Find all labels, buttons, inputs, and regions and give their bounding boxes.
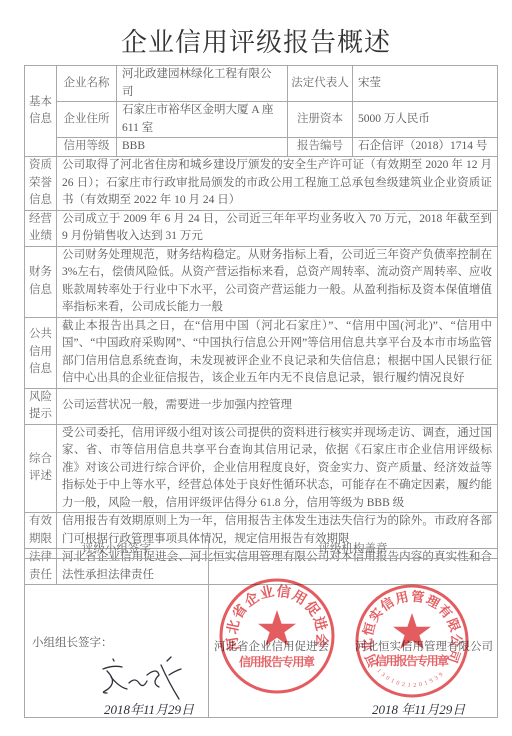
registered-capital-label: 注册资本 <box>288 102 353 138</box>
legal-rep-value: 宋莹 <box>353 66 498 102</box>
qualification-label: 资质荣誉信息 <box>25 157 57 211</box>
public-credit-text: 截止本报告出具之日，在“信用中国（河北石家庄）”、“信用中国(河北)”、“信用中… <box>57 317 498 388</box>
overall-review-text: 受公司委托，信用评级小组对该公司提供的资料进行核实并现场走访、调查，通过国家、省… <box>57 424 498 513</box>
report-no-label: 报告编号 <box>288 138 353 157</box>
seal2-bottom-text: 信用报告专用章 <box>375 653 449 668</box>
seal1-bottom-text: 信用报告专用章 <box>239 654 315 669</box>
address-value: 石家庄市裕华区金明大厦 A 座 611 室 <box>117 102 288 138</box>
address-label: 企业住所 <box>57 102 117 138</box>
agency-seal-date: 2018 年11月29日 <box>372 702 465 718</box>
team-sign-date: 2018年11月29日 <box>104 702 194 718</box>
company-name-label: 企业名称 <box>57 66 117 102</box>
seal-credit-promotion-association: 河北省企业信用促进会 信用报告专用章 <box>217 576 337 696</box>
risk-warning-label: 风险提示 <box>25 388 57 424</box>
team-leader-sign-label: 小组组长签字： <box>32 636 113 650</box>
row-financial-info: 财务信息 公司财务处理规范，财务结构稳定。从财务指标上看，公司近三年资产负债率控… <box>25 246 498 317</box>
credit-grade-label: 信用等级 <box>57 138 117 157</box>
seal-hengshi-credit-management: 河北恒实信用管理有限公司 信用报告专用章 1301021201939 <box>352 581 472 701</box>
credit-grade-value: BBB <box>117 138 288 157</box>
row-company-name: 基本信息 企业名称 河北政建园林绿化工程有限公司 法定代表人 宋莹 <box>25 66 498 102</box>
row-credit-grade: 信用等级 BBB 报告编号 石企信评（2018）1714 号 <box>25 138 498 157</box>
rating-team-signature-header: 评级小组签字 <box>25 541 208 558</box>
qualification-text: 公司取得了河北省住房和城乡建设厅颁发的安全生产许可证（有效期至 2020 年 1… <box>57 157 498 211</box>
registered-capital-value: 5000 万人民币 <box>353 102 498 138</box>
basic-info-label: 基本信息 <box>25 66 57 157</box>
business-performance-text: 公司成立于 2009 年 6 月 24 日，公司近三年年平均业务收入 70 万元… <box>57 210 498 246</box>
overall-review-label: 综合评述 <box>25 424 57 513</box>
page-title: 企业信用评级报告概述 <box>0 27 512 59</box>
report-no-value: 石企信评（2018）1714 号 <box>353 138 498 157</box>
legal-rep-label: 法定代表人 <box>288 66 353 102</box>
row-address: 企业住所 石家庄市裕华区金明大厦 A 座 611 室 注册资本 5000 万人民… <box>25 102 498 138</box>
row-qualification: 资质荣誉信息 公司取得了河北省住房和城乡建设厅颁发的安全生产许可证（有效期至 2… <box>25 157 498 211</box>
business-performance-label: 经营业绩 <box>25 210 57 246</box>
row-business-performance: 经营业绩 公司成立于 2009 年 6 月 24 日，公司近三年年平均业务收入 … <box>25 210 498 246</box>
handwritten-signature <box>95 655 190 705</box>
seal2-code: 1301021201939 <box>375 668 444 689</box>
row-overall-review: 综合评述 受公司委托，信用评级小组对该公司提供的资料进行核实并现场走访、调查，通… <box>25 424 498 513</box>
financial-info-label: 财务信息 <box>25 246 57 317</box>
star-icon <box>393 613 431 649</box>
signature-divider <box>208 541 209 717</box>
row-risk-warning: 风险提示 公司运营状况一般，需要进一步加强内控管理 <box>25 388 498 424</box>
rating-agency-seal-header: 评级机构盖章 <box>209 541 497 558</box>
company-name-value: 河北政建园林绿化工程有限公司 <box>117 66 288 102</box>
financial-info-text: 公司财务处理规范，财务结构稳定。从财务指标上看，公司近三年资产负债率控制在 3%… <box>57 246 498 317</box>
report-page: 企业信用评级报告概述 基本信息 企业名称 河北政建园林绿化工程有限公司 法定代表… <box>0 0 512 736</box>
star-icon <box>258 610 296 646</box>
row-public-credit: 公共信用信息 截止本报告出具之日，在“信用中国（河北石家庄）”、“信用中国(河北… <box>25 317 498 388</box>
public-credit-label: 公共信用信息 <box>25 317 57 388</box>
risk-warning-text: 公司运营状况一般，需要进一步加强内控管理 <box>57 388 498 424</box>
report-summary-table: 基本信息 企业名称 河北政建园林绿化工程有限公司 法定代表人 宋莹 企业住所 石… <box>24 65 498 585</box>
